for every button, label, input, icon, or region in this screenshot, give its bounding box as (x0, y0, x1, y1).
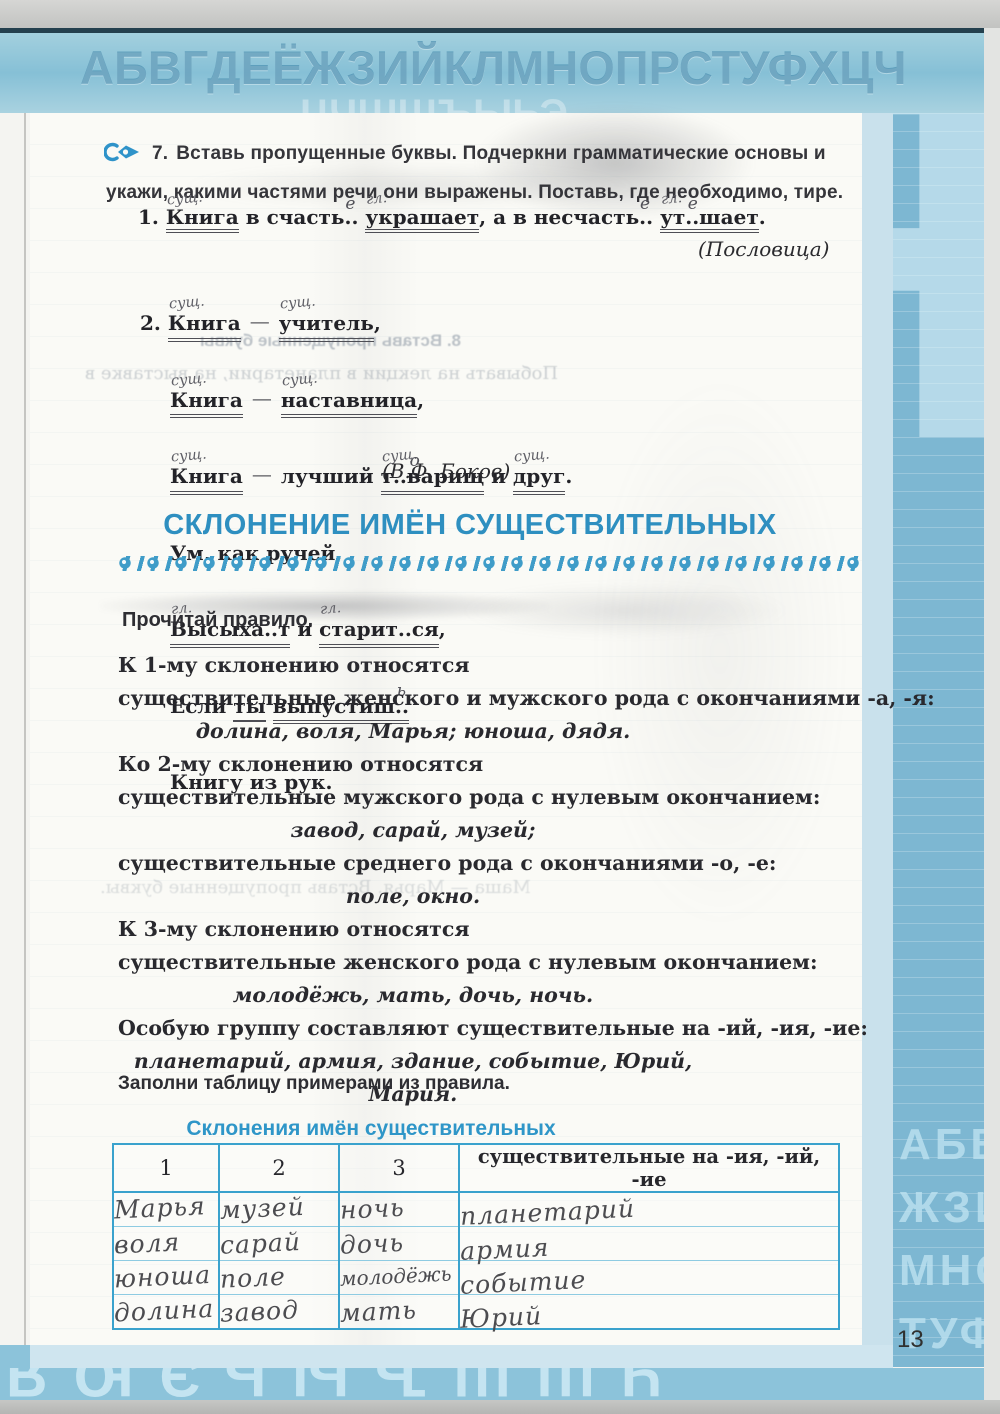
handwritten-dash: — (250, 307, 270, 336)
exercise-number: 7. (152, 143, 168, 164)
text-run: 2. (140, 309, 168, 338)
sentence-with-annotations: 1. Книгасущ. в счасть..е украшаетгл., а … (138, 205, 766, 233)
handwritten-annotation: сущ. (513, 447, 550, 465)
handwritten-cell: ночь (339, 1191, 460, 1228)
handwritten-letter: е (345, 196, 355, 213)
handwritten-annotation: гл. (660, 191, 682, 207)
spine-shadow (24, 113, 26, 1345)
handwritten-letter: е (640, 196, 650, 213)
handwritten-dash: — (252, 384, 272, 413)
poem-line: Книгасущ.—наставницасущ., (140, 386, 572, 415)
table-row: юноша поле молодёжь событие (113, 1261, 839, 1295)
margin-letter-ya: Я (893, 113, 984, 523)
scanner-edge-top (0, 0, 1000, 28)
table-header-row: 1 2 3 существительные на -ия, -ий, -ие (113, 1144, 839, 1192)
declension-table: 1 2 3 существительные на -ия, -ий, -ие М… (112, 1143, 840, 1330)
handwritten-annotation: сущ. (281, 371, 318, 389)
alphabet-row: АБВГДЕЁЖЗИЙКЛМНОПРСТУФХЦЧ (80, 40, 907, 95)
annotated-word: Книгасущ. (170, 462, 243, 495)
annotated-word: ут..шаетгл.е (660, 205, 759, 233)
handwritten-cell: юноша (113, 1259, 220, 1295)
rule-line: Ко 2-му склонению относятся (118, 748, 848, 781)
table-row: Марья музей ночь планетарий (113, 1192, 839, 1227)
right-margin-band: Я АБВГ ЖЗИ МНО ТУФ (893, 113, 984, 1367)
text-run: . (565, 462, 572, 491)
text-run (653, 205, 660, 229)
rule-example: поле, окно. (118, 880, 708, 913)
text-run (358, 205, 365, 229)
scanner-edge-bottom (0, 1400, 1000, 1414)
rule-line: существительные мужского рода с нулевым … (118, 781, 848, 814)
exercise-instruction: 7.Вставь пропущенные буквы. Подчеркни гр… (104, 136, 860, 210)
annotated-word: Книгасущ. (166, 205, 239, 233)
rule-line: К 3-му склонению относятся (118, 913, 848, 946)
annotated-word: счасть..е (267, 205, 359, 229)
handwritten-cell: музей (219, 1191, 340, 1228)
text-run: лучший (281, 462, 381, 491)
column-header: существительные на -ия, -ий, -ие (459, 1144, 839, 1192)
exercise-marker-icon (104, 140, 142, 175)
handwritten-annotation: сущ. (279, 294, 316, 312)
handwritten-annotation: гл. (366, 191, 388, 207)
rule-line: существительные женского рода с нулевым … (118, 946, 848, 979)
page-number: 13 (897, 1326, 924, 1354)
handwritten-annotation: сущ. (170, 371, 207, 389)
column-header: 2 (219, 1144, 339, 1192)
handwritten-cell: долина (113, 1293, 220, 1330)
text-run: 1. (138, 205, 166, 229)
table-row: воля сарай дочь армия (113, 1227, 839, 1261)
workbook-page-content: 8. Вставь пропущенные буквы Побывать на … (30, 113, 862, 1345)
section-title: СКЛОНЕНИЕ ИМЁН СУЩЕСТВИТЕЛЬНЫХ (54, 509, 886, 542)
rule-example: завод, сарай, музей; (118, 814, 708, 847)
handwritten-cell: Марья (113, 1191, 220, 1228)
text-run: . (759, 205, 766, 229)
table-title: Склонения имён существительных (101, 1117, 641, 1141)
rule-example: долина, воля, Марья; юноша, дядя. (118, 715, 708, 748)
scanner-edge-right (984, 28, 1000, 1400)
annotated-word: другсущ. (513, 462, 565, 495)
handwritten-cell: завод (219, 1293, 340, 1330)
poem-line: 2. Книгасущ.—учительсущ., (140, 309, 572, 338)
text-run: , (417, 386, 424, 415)
margin-letters-row: АБВГ (899, 1113, 984, 1176)
read-rule-prompt: Прочитай правило. (122, 609, 313, 632)
text-run: , а в (479, 205, 534, 229)
instruction-line: Вставь пропущенные буквы. Подчеркни грам… (176, 143, 826, 164)
annotated-word: Книгасущ. (168, 309, 241, 342)
page-edge-highlight-right (862, 113, 893, 1367)
text-run: в (239, 205, 267, 229)
handwritten-annotation: гл. (320, 601, 342, 617)
handwritten-cell: поле (219, 1259, 340, 1296)
bottom-alphabet-band: ЧШЩЪЫЬЭЮЯ (0, 1368, 1000, 1400)
alphabet-row-flipped: ЧШЩЪЫЬЭЮЯ (0, 1368, 662, 1400)
annotated-word: старит..сягл. (319, 615, 439, 648)
handwritten-annotation: сущ. (170, 447, 207, 465)
handwritten-cell: воля (113, 1225, 220, 1261)
annotated-word: учительсущ. (279, 309, 374, 342)
text-run: , (374, 309, 381, 338)
handwritten-dash: — (252, 460, 272, 489)
declension-rules: К 1-му склонению относятся существительн… (118, 649, 848, 1078)
rule-line: Особую группу составляют существительные… (118, 1012, 848, 1045)
rule-line: существительные женского и мужского рода… (118, 682, 848, 715)
handwritten-cell: молодёжь (339, 1259, 460, 1296)
attribution-proverb: (Пословица) (698, 237, 829, 261)
text-run: , (439, 615, 446, 644)
handwritten-cell: мать (339, 1293, 460, 1330)
handwritten-cell: дочь (339, 1225, 460, 1262)
handwritten-cell: сарай (219, 1225, 340, 1262)
handwritten-annotation: сущ. (168, 294, 205, 312)
scanned-workbook-page: АБВГДЕЁЖЗИЙКЛМНОПРСТУФХЦЧ ЦЧШЩЪЫЬЭ Я АБВ… (0, 0, 1000, 1414)
handwritten-letter: е (688, 196, 698, 213)
rule-example: молодёжь, мать, дочь, ночь. (118, 979, 708, 1012)
annotated-word: Книгасущ. (170, 386, 243, 419)
annotated-word: наставницасущ. (281, 386, 417, 419)
margin-letters-row: ЖЗИ (899, 1176, 984, 1239)
wave-ornament (118, 556, 863, 571)
top-alphabet-band: АБВГДЕЁЖЗИЙКЛМНОПРСТУФХЦЧ ЦЧШЩЪЫЬЭ (0, 28, 1000, 113)
page-edge-highlight-bottom (30, 1345, 893, 1368)
annotated-word: украшаетгл. (365, 205, 479, 233)
table-row: долина завод мать Юрий (113, 1295, 839, 1330)
handwritten-annotation: сущ. (166, 190, 203, 208)
fill-table-prompt: Заполни таблицу примерами из правила. (118, 1073, 510, 1095)
column-header: 3 (339, 1144, 459, 1192)
handwritten-cell: Юрий (459, 1291, 840, 1333)
rule-line: существительные среднего рода с окончани… (118, 847, 848, 880)
rule-line: К 1-му склонению относятся (118, 649, 848, 682)
alphabet-row-partial: ЦЧШЩЪЫЬЭ (300, 92, 568, 113)
column-header: 1 (113, 1144, 219, 1192)
attribution-author: (В.Ф. Боков) (382, 459, 510, 483)
margin-letters-row: МНО (899, 1239, 984, 1302)
annotated-word: несчасть..е (534, 205, 653, 229)
